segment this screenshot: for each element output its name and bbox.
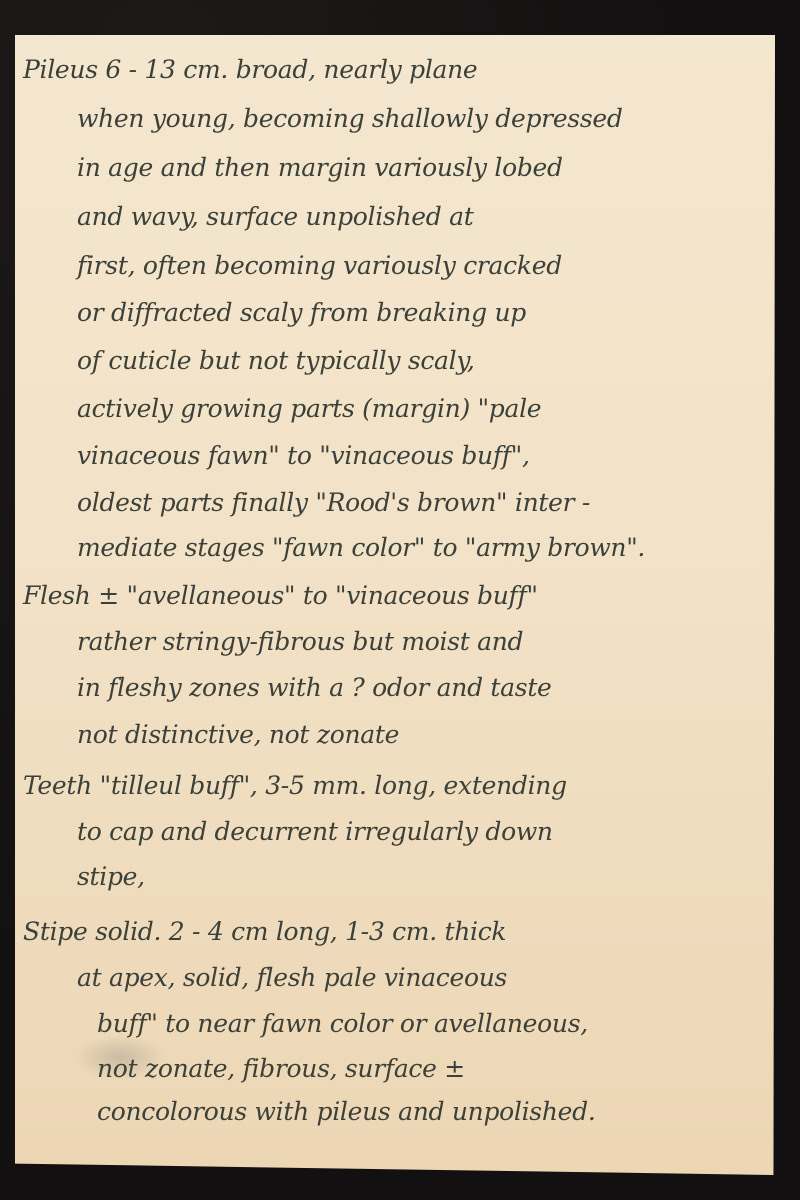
pileus-line-9: vinaceous fawn" to "vinaceous buff",: [77, 443, 530, 468]
teeth-line-1: Teeth "tilleul buff", 3-5 mm. long, exte…: [23, 773, 567, 798]
pileus-line-11: mediate stages "fawn color" to "army bro…: [77, 535, 645, 560]
pileus-line-3: in age and then margin variously lobed: [77, 155, 563, 180]
teeth-line-3: stipe,: [77, 864, 145, 889]
pileus-line-8: actively growing parts (margin) "pale: [77, 396, 541, 421]
stipe-line-4: not zonate, fibrous, surface ±: [97, 1056, 465, 1081]
pileus-line-10: oldest parts finally "Rood's brown" inte…: [77, 490, 590, 515]
flesh-line-1: Flesh ± "avellaneous" to "vinaceous buff…: [23, 583, 538, 608]
flesh-line-3: in fleshy zones with a ? odor and taste: [77, 675, 552, 700]
stipe-line-3: buff" to near fawn color or avellaneous,: [97, 1011, 588, 1036]
stipe-line-1: Stipe solid. 2 - 4 cm long, 1-3 cm. thic…: [23, 919, 506, 944]
pileus-line-7: of cuticle but not typically scaly,: [77, 348, 475, 373]
handwritten-text: Pileus 6 - 13 cm. broad, nearly plane wh…: [15, 35, 775, 1175]
pileus-line-5: first, often becoming variously cracked: [77, 253, 562, 278]
stipe-line-2: at apex, solid, flesh pale vinaceous: [77, 965, 507, 990]
index-card: Pileus 6 - 13 cm. broad, nearly plane wh…: [15, 35, 775, 1175]
pileus-line-1: Pileus 6 - 13 cm. broad, nearly plane: [23, 57, 477, 82]
stipe-line-5: concolorous with pileus and unpolished.: [97, 1099, 595, 1124]
pileus-line-6: or diffracted scaly from breaking up: [77, 300, 526, 325]
pileus-line-4: and wavy, surface unpolished at: [77, 204, 473, 229]
flesh-line-4: not distinctive, not zonate: [77, 722, 399, 747]
pileus-line-2: when young, becoming shallowly depressed: [77, 106, 623, 131]
teeth-line-2: to cap and decurrent irregularly down: [77, 819, 553, 844]
flesh-line-2: rather stringy-fibrous but moist and: [77, 629, 523, 654]
